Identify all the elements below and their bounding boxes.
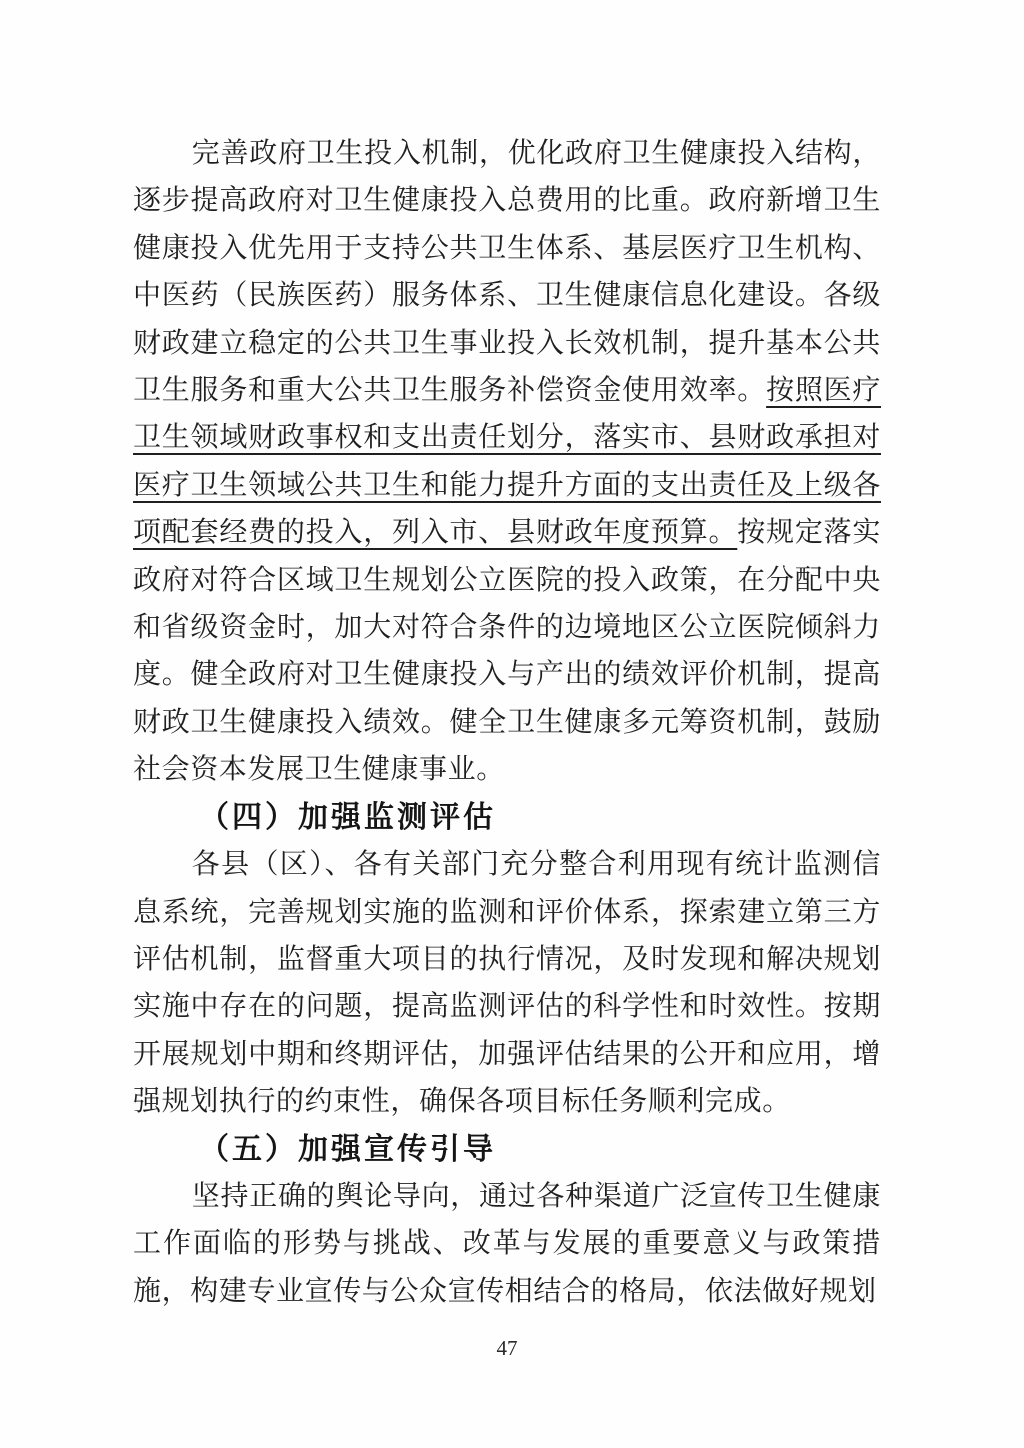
paragraph: 完善政府卫生投入机制，优化政府卫生健康投入结构，逐步提高政府对卫生健康投入总费用… (133, 130, 881, 794)
text-run: 完善政府卫生投入机制，优化政府卫生健康投入结构，逐步提高政府对卫生健康投入总费用… (133, 138, 881, 406)
section-heading: （五）加强宣传引导 (133, 1126, 881, 1173)
document-body: 完善政府卫生投入机制，优化政府卫生健康投入结构，逐步提高政府对卫生健康投入总费用… (133, 130, 881, 1315)
paragraph: 坚持正确的舆论导向，通过各种渠道广泛宣传卫生健康工作面临的形势与挑战、改革与发展… (133, 1173, 881, 1315)
text-run: 各县（区）、各有关部门充分整合利用现有统计监测信息系统，完善规划实施的监测和评价… (133, 849, 881, 1117)
document-page: 完善政府卫生投入机制，优化政府卫生健康投入结构，逐步提高政府对卫生健康投入总费用… (0, 0, 1024, 1448)
page-number: 47 (133, 1336, 881, 1361)
paragraph: 各县（区）、各有关部门充分整合利用现有统计监测信息系统，完善规划实施的监测和评价… (133, 841, 881, 1125)
text-run: 按规定落实政府对符合区域卫生规划公立医院的投入政策，在分配中央和省级资金时，加大… (133, 517, 881, 785)
section-heading: （四）加强监测评估 (133, 794, 881, 841)
text-run: 坚持正确的舆论导向，通过各种渠道广泛宣传卫生健康工作面临的形势与挑战、改革与发展… (133, 1181, 881, 1307)
